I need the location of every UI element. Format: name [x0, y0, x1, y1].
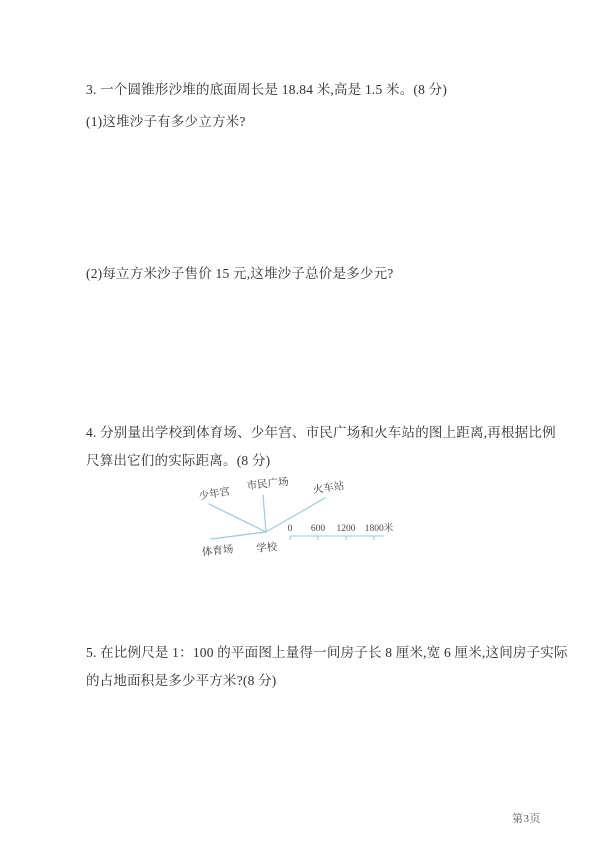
- label-youth-palace: 少年宫: [198, 484, 232, 502]
- label-school: 学校: [256, 540, 279, 555]
- question-3-text: 3. 一个圆锥形沙堆的底面周长是 18.84 米,高是 1.5 米。(8 分): [86, 81, 447, 98]
- map-diagram: 少年宫 市民广场 火车站 体育场 学校 0 600 1200 1800米: [188, 473, 410, 569]
- scale-label-0: 0: [288, 524, 293, 534]
- question-3-part1: (1)这堆沙子有多少立方米?: [86, 113, 246, 130]
- question-4-line1: 4. 分别量出学校到体育场、少年宫、市民广场和火车站的图上距离,再根据比例: [86, 419, 532, 447]
- question-5-line2: 的占地面积是多少平方米?(8 分): [86, 667, 532, 695]
- question-4-line2: 尺算出它们的实际距离。(8 分): [86, 447, 532, 475]
- scale-label-1200: 1200: [337, 524, 356, 534]
- question-5-line1: 5. 在比例尺是 1：100 的平面图上量得一间房子长 8 厘米,宽 6 厘米,…: [86, 639, 532, 667]
- question-4-text: 4. 分别量出学校到体育场、少年宫、市民广场和火车站的图上距离,再根据比例 尺算…: [86, 419, 532, 475]
- label-civic-square: 市民广场: [246, 475, 290, 492]
- question-5-text: 5. 在比例尺是 1：100 的平面图上量得一间房子长 8 厘米,宽 6 厘米,…: [86, 639, 532, 695]
- question-3-part2: (2)每立方米沙子售价 15 元,这堆沙子总价是多少元?: [86, 265, 393, 282]
- exam-page: 3. 一个圆锥形沙堆的底面周长是 18.84 米,高是 1.5 米。(8 分) …: [0, 0, 596, 842]
- scale-bar: [290, 536, 384, 540]
- page-number: 第3页: [512, 810, 541, 826]
- scale-label-1800: 1800米: [365, 522, 394, 534]
- scale-label-600: 600: [311, 524, 326, 534]
- label-train-station: 火车站: [312, 479, 345, 496]
- line-to-stadium: [211, 532, 266, 539]
- label-stadium: 体育场: [201, 542, 234, 558]
- line-to-youth-palace: [209, 504, 266, 532]
- line-to-civic-square: [263, 495, 266, 532]
